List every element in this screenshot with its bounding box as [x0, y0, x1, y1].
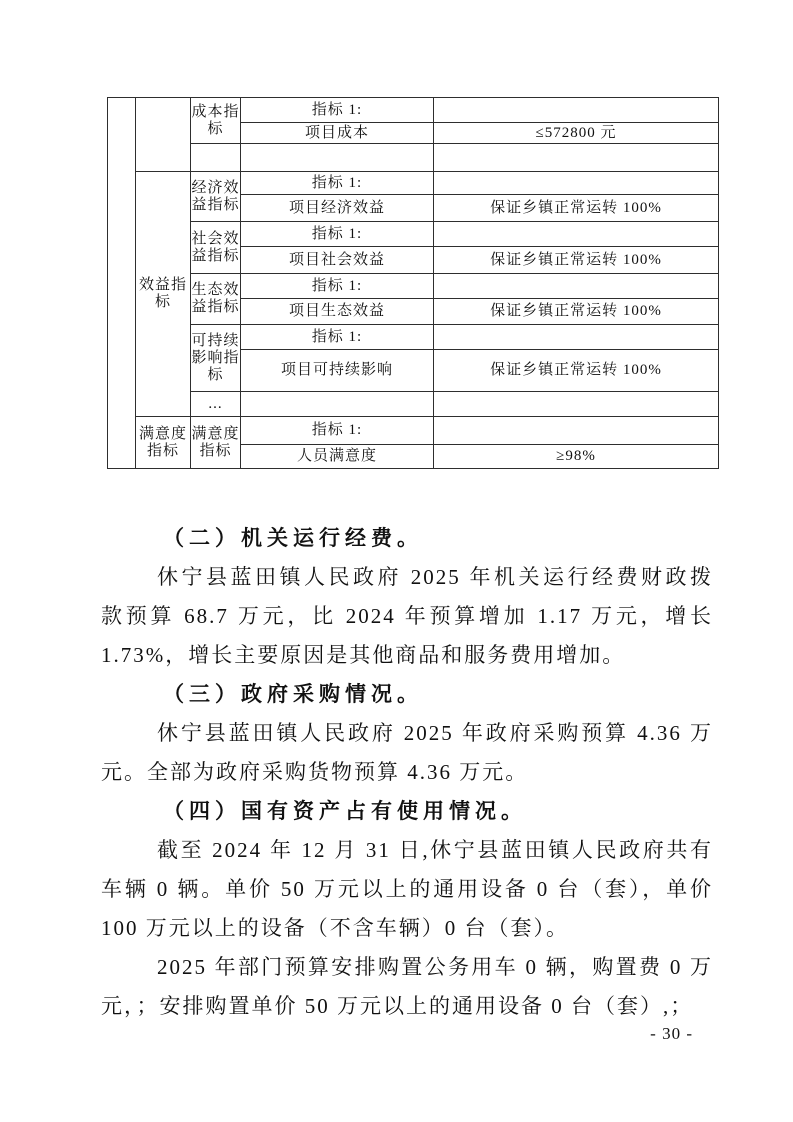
paragraph-line: 2025 年部门预算安排购置公务用车 0 辆，购置费 0 万 [101, 948, 713, 987]
paragraph-line: 元，；安排购置单价 50 万元以上的通用设备 0 台（套）,； [101, 987, 713, 1026]
cell-cost-group-label: 成本指标 [191, 98, 241, 144]
cell-indicator-value-empty [434, 172, 719, 195]
section-heading-4: （四）国有资产占有使用情况。 [101, 792, 713, 831]
cell-indicator-value-empty [434, 98, 719, 123]
cell-satisfaction-group-label: 满意度指标 [136, 417, 191, 469]
cell-empty [434, 392, 719, 417]
paragraph-line: 车辆 0 辆。单价 50 万元以上的通用设备 0 台（套），单价 [101, 870, 713, 909]
cell-ellipsis: ... [191, 392, 241, 417]
cell-indicator-title: 指标 1: [241, 98, 434, 123]
cell-sustainability-group-label: 可持续影响指标 [191, 325, 241, 392]
paragraph-line: 款预算 68.7 万元，比 2024 年预算增加 1.17 万元，增长 [101, 597, 713, 636]
cell-empty [241, 144, 434, 172]
cell-indicator-title: 指标 1: [241, 274, 434, 299]
cell-empty [434, 144, 719, 172]
cell-indicator-name: 项目社会效益 [241, 247, 434, 274]
cell-left-spanner [108, 98, 136, 469]
cell-indicator-name: 项目生态效益 [241, 299, 434, 325]
cell-indicator-value-empty [434, 325, 719, 350]
section-heading-3: （三）政府采购情况。 [101, 675, 713, 714]
cell-group-empty [136, 98, 191, 172]
cell-empty [241, 392, 434, 417]
page-number: - 30 - [101, 1024, 693, 1044]
document-page: 成本指标 指标 1: 项目成本 ≤572800 元 效益指标 经济效益指标 指标… [0, 0, 793, 1122]
cell-satisfaction-sub-label: 满意度指标 [191, 417, 241, 469]
performance-indicator-table: 成本指标 指标 1: 项目成本 ≤572800 元 效益指标 经济效益指标 指标… [107, 97, 719, 469]
cell-indicator-value: 保证乡镇正常运转 100% [434, 247, 719, 274]
cell-indicator-name: 项目可持续影响 [241, 350, 434, 392]
paragraph-line: 100 万元以上的设备（不含车辆）0 台（套）。 [101, 909, 713, 948]
cell-indicator-value-empty [434, 274, 719, 299]
cell-economic-group-label: 经济效益指标 [191, 172, 241, 222]
cell-indicator-value: 保证乡镇正常运转 100% [434, 299, 719, 325]
cell-indicator-name: 项目经济效益 [241, 195, 434, 222]
cell-social-group-label: 社会效益指标 [191, 222, 241, 274]
cell-ecological-group-label: 生态效益指标 [191, 274, 241, 325]
cell-indicator-value-empty [434, 222, 719, 247]
cell-indicator-name: 项目成本 [241, 123, 434, 144]
document-body: （二）机关运行经费。 休宁县蓝田镇人民政府 2025 年机关运行经费财政拨 款预… [101, 519, 713, 1026]
cell-indicator-value: 保证乡镇正常运转 100% [434, 350, 719, 392]
cell-indicator-value: ≥98% [434, 445, 719, 469]
paragraph-line: 1.73%，增长主要原因是其他商品和服务费用增加。 [101, 636, 713, 675]
paragraph-line: 休宁县蓝田镇人民政府 2025 年机关运行经费财政拨 [101, 558, 713, 597]
cell-indicator-value-empty [434, 417, 719, 445]
paragraph-line: 截至 2024 年 12 月 31 日,休宁县蓝田镇人民政府共有 [101, 831, 713, 870]
cell-indicator-title: 指标 1: [241, 172, 434, 195]
cell-indicator-name: 人员满意度 [241, 445, 434, 469]
cell-indicator-title: 指标 1: [241, 417, 434, 445]
cell-benefit-group-label: 效益指标 [136, 172, 191, 417]
section-heading-2: （二）机关运行经费。 [101, 519, 713, 558]
paragraph-line: 元。全部为政府采购货物预算 4.36 万元。 [101, 753, 713, 792]
cell-indicator-value: 保证乡镇正常运转 100% [434, 195, 719, 222]
paragraph-line: 休宁县蓝田镇人民政府 2025 年政府采购预算 4.36 万 [101, 714, 713, 753]
cell-empty [191, 144, 241, 172]
cell-indicator-title: 指标 1: [241, 325, 434, 350]
cell-indicator-title: 指标 1: [241, 222, 434, 247]
cell-indicator-value: ≤572800 元 [434, 123, 719, 144]
